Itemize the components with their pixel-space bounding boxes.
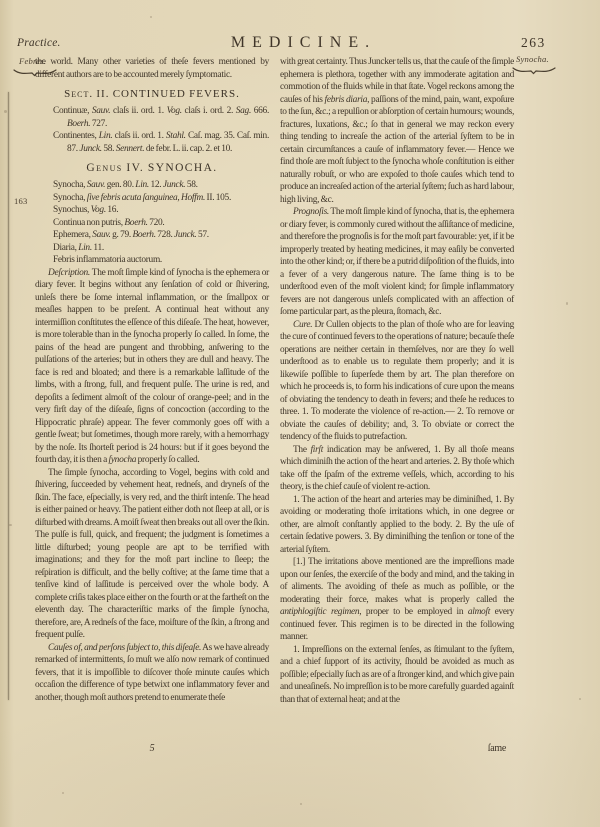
synonym-entry: Continentes, Lin. claſs ii. ord. 1. Stah… [35,130,269,155]
synonym-entry: Febris inflammatoria auctorum. [35,254,269,267]
causes-paragraph: Cauſes of, and perſons ſubject to, this … [35,642,269,705]
section-heading: Sect. II. CONTINUED FEVERS. [35,88,269,101]
heart-action-paragraph: 1. The action of the heart and arteries … [280,494,514,557]
synonym-entry: Ephemera, Sauv. g. 79. Boerh. 728. Junck… [35,229,269,242]
margin-genus-number: 163 [14,196,28,206]
page-title: MEDICINE. [0,34,600,52]
synonym-entry: Continua non putris, Boerh. 720. [35,217,269,230]
genus-heading: Genus IV. SYNOCHA. [35,162,269,175]
cure-paragraph: Cure. Dr Cullen objects to the plan of t… [280,319,514,444]
continuation-paragraph: the world. Many other varieties of theſe… [35,56,269,81]
vogel-synocha-paragraph: The ſimple ſynocha, according to Vogel, … [35,467,269,642]
synonym-entry: Synochus, Vog. 16. [35,204,269,217]
impressions-paragraph: 1. Impreſſions on the external ſenſes, a… [280,644,514,707]
first-indication-paragraph: The firſt indication may be anſwered, 1.… [280,444,514,494]
irritations-paragraph: [1.] The irritations above mentioned are… [280,556,514,644]
description-paragraph: Deſcription. The moſt ſimple kind of ſyn… [35,267,269,467]
synonym-entry: Continuæ, Sauv. claſs ii. ord. 1. Vog. c… [35,105,269,130]
margin-brace-icon [511,65,557,75]
synonym-entry: Diaria, Lin. 11. [35,242,269,255]
synonym-entry: Synocha, ſive febris acuta ſanguinea, Ho… [35,192,269,205]
margin-note-synocha: Synocha. [516,54,549,64]
catchword: ſame [280,743,514,756]
prognosis-paragraph: Prognoſis. The moſt ſimple kind of ſynoc… [280,206,514,319]
right-column: with great certainty. Thus Juncker tells… [280,56,514,755]
book-page: Practice. MEDICINE. 263 Febres. Synocha.… [0,0,600,827]
synonym-entry: Synocha, Sauv. gen. 80. Lin. 12. Junck. … [35,179,269,192]
page-number: 263 [521,35,546,51]
continuation-paragraph: with great certainty. Thus Juncker tells… [280,56,514,206]
signature-mark: 5 [35,743,269,756]
left-column: the world. Many other varieties of theſe… [35,56,269,755]
binding-crease [8,92,9,700]
